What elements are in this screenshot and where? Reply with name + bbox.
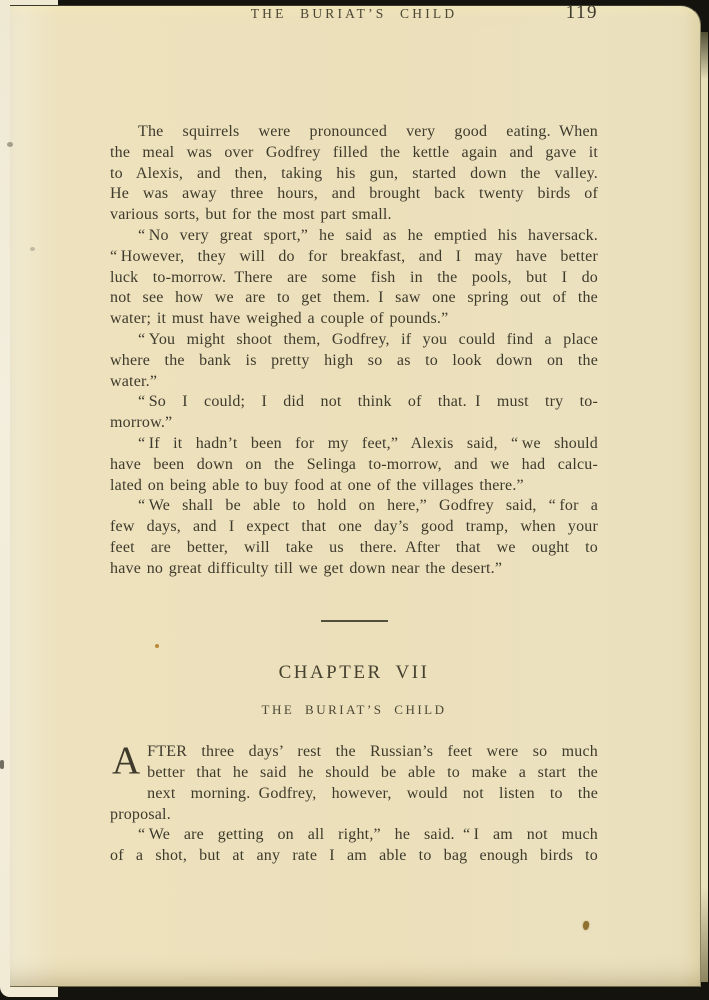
text-line: “ If it hadn’t been for my feet,” Alexis… [110,434,598,455]
section-divider [321,620,388,622]
text-line: luck to-morrow. There are some fish in t… [110,268,598,289]
text-line: “ We shall be able to hold on here,” God… [110,496,598,517]
text-line: water.” [110,372,598,393]
text-line: “ So I could; I did not think of that. I… [110,392,598,413]
book-page: THE BURIAT’S CHILD 119 The squirrels wer… [10,5,701,987]
text-line: He was away three hours, and brought bac… [110,184,598,205]
chapter-paragraphs: AFTER three days’ rest the Russian’s fee… [110,742,598,867]
section-paragraphs: The squirrels were pronounced very good … [110,122,598,580]
page-number: 119 [566,2,598,24]
text-line: “ However, they will do for breakfast, a… [110,247,598,268]
chapter-subtitle: THE BURIAT’S CHILD [110,700,598,721]
text-line: of a shot, but at any rate I am able to … [110,846,598,867]
paragraph: “ You might shoot them, Godfrey, if you … [110,330,598,392]
stain-speck [155,644,159,648]
text-line: not see how we are to get them. I saw on… [110,288,598,309]
text-line: various sorts, but for the most part sma… [110,205,598,226]
text-line: The squirrels were pronounced very good … [110,122,598,143]
text-line: feet are better, will take us there. Aft… [110,538,598,559]
text-line: “ You might shoot them, Godfrey, if you … [110,330,598,351]
paragraph: “ If it hadn’t been for my feet,” Alexis… [110,434,598,496]
paragraph: “ We are getting on all right,” he said.… [110,825,598,867]
text-line: lated on being able to buy food at one o… [110,476,598,497]
paragraph: “ No very great sport,” he said as he em… [110,226,598,330]
stain-speck [7,142,13,147]
page-edge-mark [0,760,4,769]
stain-speck [582,921,589,931]
text-line: water; it must have weighed a couple of … [110,309,598,330]
paragraph: AFTER three days’ rest the Russian’s fee… [110,742,598,825]
header-spacer [110,80,598,122]
stain-speck [30,247,35,251]
paragraph: “ So I could; I did not think of that. I… [110,392,598,434]
chapter-heading: CHAPTER VII [110,663,598,684]
text-line: next morning. Godfrey, however, would no… [110,784,598,805]
text-line: “ No very great sport,” he said as he em… [110,226,598,247]
running-title: THE BURIAT’S CHILD [110,6,598,22]
text-line: to Alexis, and then, taking his gun, sta… [110,164,598,185]
text-line: have no great difficulty till we get dow… [110,559,598,580]
text-line: “ We are getting on all right,” he said.… [110,825,598,846]
text-line: have been down on the Selinga to-morrow,… [110,455,598,476]
text-line: morrow.” [110,413,598,434]
text-line: FTER three days’ rest the Russian’s feet… [110,742,598,763]
page-header: THE BURIAT’S CHILD 119 [10,6,700,28]
drop-cap: A [110,742,147,785]
paragraph: “ We shall be able to hold on here,” God… [110,496,598,579]
text-line: the meal was over Godfrey filled the ket… [110,143,598,164]
text-line: few days, and I expect that one day’s go… [110,517,598,538]
text-column: The squirrels were pronounced very good … [110,80,598,867]
text-line: better that he said he should be able to… [110,763,598,784]
page-edge-sliver [701,32,708,982]
text-line: proposal. [110,805,598,826]
paragraph: The squirrels were pronounced very good … [110,122,598,226]
text-line: where the bank is pretty high so as to l… [110,351,598,372]
